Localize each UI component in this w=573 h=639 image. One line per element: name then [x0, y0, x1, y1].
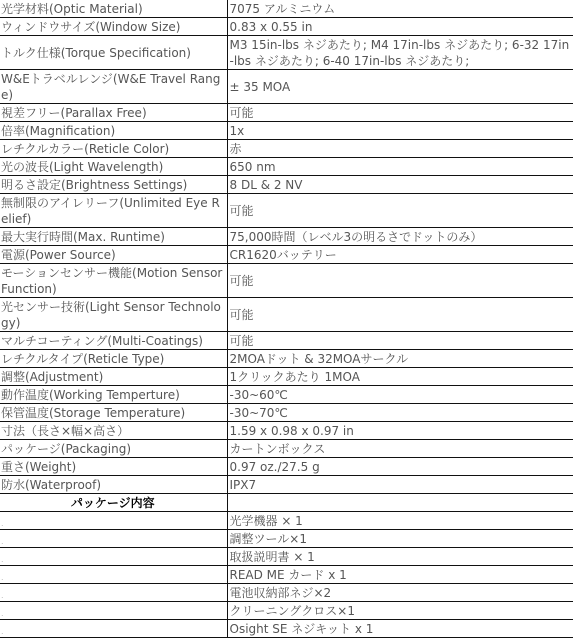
spec-label: モーションセンサー機能(Motion Sensor Function): [0, 264, 227, 298]
spec-row-travel-range: W&Eトラベルレンジ(W&E Travel Range) ± 35 MOA: [0, 70, 573, 104]
spec-value: 2MOAドット & 32MOAサークル: [227, 350, 573, 368]
spec-row-optic-material: 光学材料(Optic Material) 7075 アルミニウム: [0, 0, 573, 18]
spec-label: 光の波長(Light Wavelength): [0, 158, 227, 176]
spec-value: 可能: [227, 332, 573, 350]
spec-row-working-temp: 動作温度(Working Temperture) -30~60℃: [0, 386, 573, 404]
spec-row-weight: 重さ(Weight) 0.97 oz./27.5 g: [0, 458, 573, 476]
spec-label: 保管温度(Storage Temperature): [0, 404, 227, 422]
package-item: 光学機器 × 1: [227, 512, 573, 530]
spec-value: 1.59 x 0.98 x 0.97 in: [227, 422, 573, 440]
spec-label: ウィンドウサイズ(Window Size): [0, 18, 227, 36]
spec-row-eye-relief: 無制限のアイレリーフ(Unlimited Eye Relief) 可能: [0, 194, 573, 228]
bullet-marker: .: [0, 602, 227, 620]
spec-row-dimensions: 寸法（長さ×幅×高さ） 1.59 x 0.98 x 0.97 in: [0, 422, 573, 440]
package-contents-header: パッケージ内容: [0, 494, 227, 512]
spec-label: W&Eトラベルレンジ(W&E Travel Range): [0, 70, 227, 104]
spec-label: 動作温度(Working Temperture): [0, 386, 227, 404]
spec-label: レチクルカラー(Reticle Color): [0, 140, 227, 158]
spec-label: 最大実行時間(Max. Runtime): [0, 228, 227, 246]
spec-value: M3 15in-lbs ネジあたり; M4 17in-lbs ネジあたり; 6-…: [227, 36, 573, 70]
spec-label: 光学材料(Optic Material): [0, 0, 227, 18]
bullet-marker: .: [0, 620, 227, 638]
spec-row-packaging: パッケージ(Packaging) カートンボックス: [0, 440, 573, 458]
spec-value: CR1620バッテリー: [227, 246, 573, 264]
spec-value: 可能: [227, 194, 573, 228]
spec-label: 視差フリー(Parallax Free): [0, 104, 227, 122]
spec-table: 光学材料(Optic Material) 7075 アルミニウム ウィンドウサイ…: [0, 0, 573, 638]
spec-row-brightness: 明るさ設定(Brightness Settings) 8 DL & 2 NV: [0, 176, 573, 194]
spec-value: 75,000時間（レベル3の明るさでドットのみ）: [227, 228, 573, 246]
spec-row-parallax: 視差フリー(Parallax Free) 可能: [0, 104, 573, 122]
package-item-row: . 取扱説明書 × 1: [0, 548, 573, 566]
spec-value: 1クリックあたり 1MOA: [227, 368, 573, 386]
spec-label: トルク仕様(Torque Specification): [0, 36, 227, 70]
spec-value: 650 nm: [227, 158, 573, 176]
spec-value: 0.83 x 0.55 in: [227, 18, 573, 36]
package-item: 取扱説明書 × 1: [227, 548, 573, 566]
package-item: クリーニングクロス×1: [227, 602, 573, 620]
package-contents-header-row: パッケージ内容: [0, 494, 573, 512]
spec-label: 防水(Waterproof): [0, 476, 227, 494]
spec-label: 重さ(Weight): [0, 458, 227, 476]
empty-cell: [227, 494, 573, 512]
spec-label: 電源(Power Source): [0, 246, 227, 264]
package-item-row: . 調整ツール×1: [0, 530, 573, 548]
package-item-row: . READ ME カード x 1: [0, 566, 573, 584]
spec-value: 0.97 oz./27.5 g: [227, 458, 573, 476]
spec-row-storage-temp: 保管温度(Storage Temperature) -30~70℃: [0, 404, 573, 422]
bullet-marker: .: [0, 584, 227, 602]
spec-value: IPX7: [227, 476, 573, 494]
package-item-row: . 光学機器 × 1: [0, 512, 573, 530]
spec-row-light-sensor: 光センサー技術(Light Sensor Technology) 可能: [0, 298, 573, 332]
bullet-marker: .: [0, 530, 227, 548]
package-item-row: . クリーニングクロス×1: [0, 602, 573, 620]
spec-row-runtime: 最大実行時間(Max. Runtime) 75,000時間（レベル3の明るさでド…: [0, 228, 573, 246]
spec-row-window-size: ウィンドウサイズ(Window Size) 0.83 x 0.55 in: [0, 18, 573, 36]
spec-row-adjustment: 調整(Adjustment) 1クリックあたり 1MOA: [0, 368, 573, 386]
spec-value: 1x: [227, 122, 573, 140]
spec-row-reticle-color: レチクルカラー(Reticle Color) 赤: [0, 140, 573, 158]
spec-label: 倍率(Magnification): [0, 122, 227, 140]
spec-label: 寸法（長さ×幅×高さ）: [0, 422, 227, 440]
spec-value: ± 35 MOA: [227, 70, 573, 104]
spec-row-motion-sensor: モーションセンサー機能(Motion Sensor Function) 可能: [0, 264, 573, 298]
spec-label: 明るさ設定(Brightness Settings): [0, 176, 227, 194]
spec-value: 7075 アルミニウム: [227, 0, 573, 18]
spec-row-power-source: 電源(Power Source) CR1620バッテリー: [0, 246, 573, 264]
spec-value: 赤: [227, 140, 573, 158]
package-item: 電池収納部ネジ×2: [227, 584, 573, 602]
spec-value: 可能: [227, 264, 573, 298]
spec-row-reticle-type: レチクルタイプ(Reticle Type) 2MOAドット & 32MOAサーク…: [0, 350, 573, 368]
package-item: READ ME カード x 1: [227, 566, 573, 584]
spec-row-torque: トルク仕様(Torque Specification) M3 15in-lbs …: [0, 36, 573, 70]
spec-value: -30~70℃: [227, 404, 573, 422]
spec-label: レチクルタイプ(Reticle Type): [0, 350, 227, 368]
spec-label: マルチコーティング(Multi-Coatings): [0, 332, 227, 350]
spec-row-magnification: 倍率(Magnification) 1x: [0, 122, 573, 140]
package-item-row: . 電池収納部ネジ×2: [0, 584, 573, 602]
package-item-row: . Osight SE ネジキット x 1: [0, 620, 573, 638]
bullet-marker: .: [0, 548, 227, 566]
bullet-marker: .: [0, 512, 227, 530]
spec-row-multi-coatings: マルチコーティング(Multi-Coatings) 可能: [0, 332, 573, 350]
package-item: 調整ツール×1: [227, 530, 573, 548]
spec-value: 可能: [227, 298, 573, 332]
spec-label: 無制限のアイレリーフ(Unlimited Eye Relief): [0, 194, 227, 228]
spec-row-waterproof: 防水(Waterproof) IPX7: [0, 476, 573, 494]
spec-label: 調整(Adjustment): [0, 368, 227, 386]
spec-value: 8 DL & 2 NV: [227, 176, 573, 194]
spec-label: 光センサー技術(Light Sensor Technology): [0, 298, 227, 332]
package-item: Osight SE ネジキット x 1: [227, 620, 573, 638]
spec-row-wavelength: 光の波長(Light Wavelength) 650 nm: [0, 158, 573, 176]
spec-value: -30~60℃: [227, 386, 573, 404]
spec-value: 可能: [227, 104, 573, 122]
spec-value: カートンボックス: [227, 440, 573, 458]
spec-label: パッケージ(Packaging): [0, 440, 227, 458]
bullet-marker: .: [0, 566, 227, 584]
